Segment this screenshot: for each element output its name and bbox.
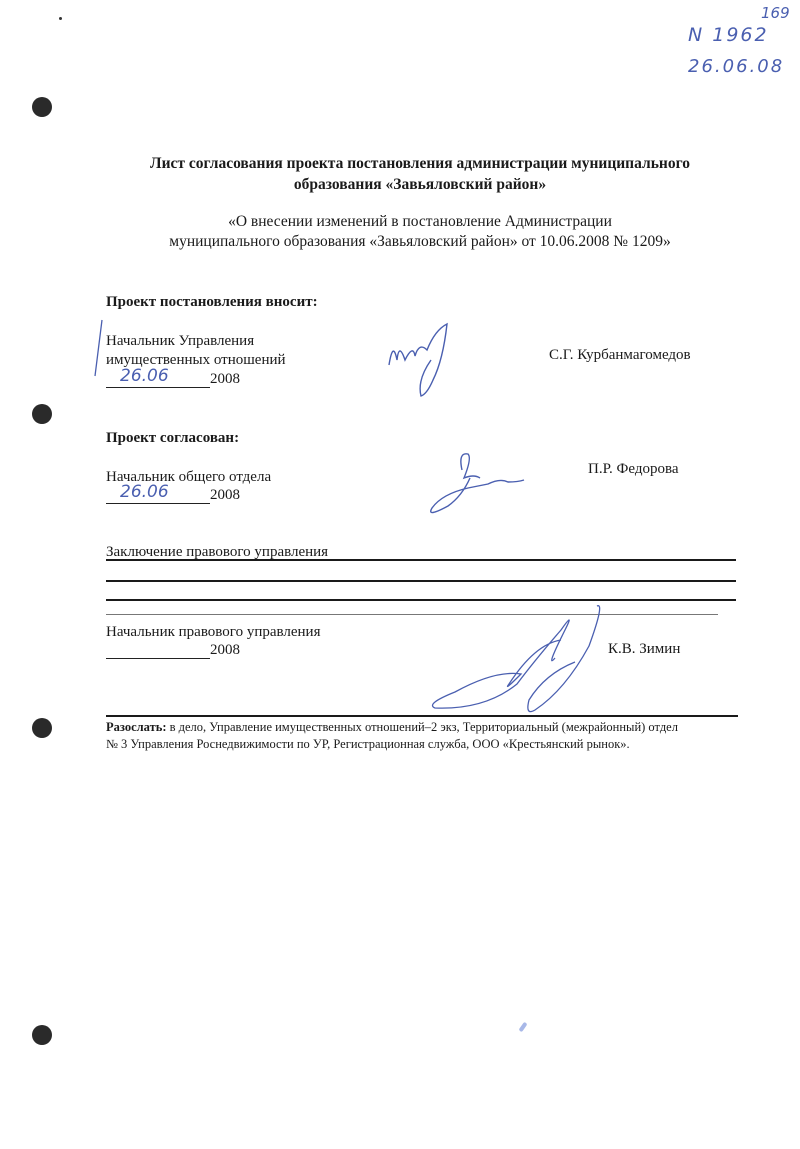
handwritten-date: 26.06 bbox=[120, 366, 169, 386]
registration-date: 26.06.08 bbox=[688, 56, 784, 77]
signature-kurbanmagomedov bbox=[383, 320, 463, 400]
ink-smudge bbox=[518, 1022, 527, 1032]
conclusion-line bbox=[106, 559, 736, 561]
conclusion-line bbox=[106, 580, 736, 582]
conclusion-line bbox=[106, 599, 736, 601]
signature-zimin bbox=[425, 600, 615, 715]
submitted-by-date: 26.062008 bbox=[106, 371, 240, 388]
document-subject: «О внесении изменений в постановление Ад… bbox=[100, 212, 740, 252]
submitted-by-name: С.Г. Курбанмагомедов bbox=[549, 346, 691, 365]
document-title: Лист согласования проекта постановления … bbox=[100, 153, 740, 195]
date-blank: 26.06 bbox=[106, 488, 210, 504]
punch-hole bbox=[32, 1025, 52, 1045]
subject-line-2: муниципального образования «Завьяловский… bbox=[100, 232, 740, 252]
title-line-2: образования «Завьяловский район» bbox=[100, 174, 740, 195]
conclusion-line-thin bbox=[106, 614, 718, 615]
signature-fedorova bbox=[418, 448, 538, 518]
approved-date: 26.062008 bbox=[106, 487, 240, 504]
approved-heading: Проект согласован: bbox=[106, 430, 239, 447]
legal-position: Начальник правового управления bbox=[106, 623, 320, 642]
date-blank bbox=[106, 643, 210, 659]
distribution-list: Разослать: в дело, Управление имуществен… bbox=[106, 719, 742, 753]
speck-mark bbox=[59, 17, 62, 20]
approved-name: П.Р. Федорова bbox=[588, 460, 679, 479]
distribution-label: Разослать: bbox=[106, 720, 167, 734]
legal-name: К.В. Зимин bbox=[608, 640, 680, 659]
title-line-1: Лист согласования проекта постановления … bbox=[100, 153, 740, 174]
distribution-divider bbox=[106, 715, 738, 717]
date-blank: 26.06 bbox=[106, 372, 210, 388]
submitted-by-position: Начальник Управления имущественных отнош… bbox=[106, 332, 286, 370]
punch-hole bbox=[32, 718, 52, 738]
margin-tick-mark bbox=[92, 318, 104, 378]
subject-line-1: «О внесении изменений в постановление Ад… bbox=[100, 212, 740, 232]
legal-date: 2008 bbox=[106, 642, 240, 659]
submitted-by-heading: Проект постановления вносит: bbox=[106, 294, 318, 311]
sheet-number: 169 bbox=[761, 4, 790, 22]
punch-hole bbox=[32, 97, 52, 117]
registration-number: N 1962 bbox=[688, 24, 769, 46]
punch-hole bbox=[32, 404, 52, 424]
handwritten-date: 26.06 bbox=[120, 482, 169, 502]
